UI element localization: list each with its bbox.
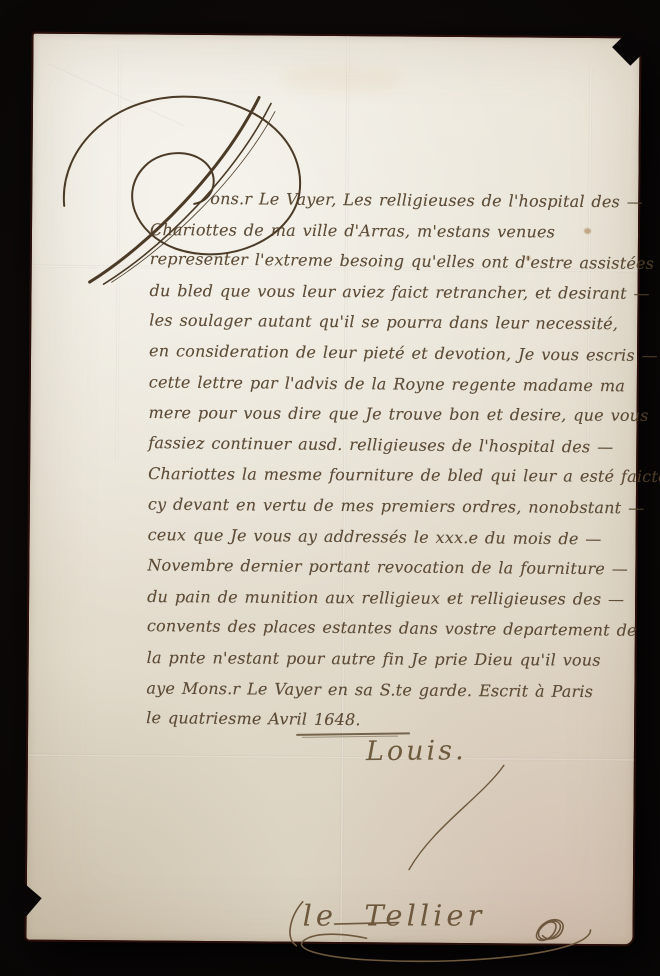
letter-line: mere pour vous dire que Je trouve bon et…	[148, 398, 634, 431]
letter-line: convents des places estantes dans vostre…	[147, 611, 633, 646]
secretary-signature-flourish	[238, 887, 619, 975]
photograph-background: ons.r Le Vayer, Les relligieuses de l'ho…	[0, 0, 660, 976]
letter-line: la pnte n'estant pour autre fin Je prie …	[147, 643, 633, 676]
cut-corner-top-right	[612, 29, 649, 66]
letter-line: Novembre dernier portant revocation de l…	[147, 551, 633, 585]
fold-crease-horizontal-lower	[28, 754, 634, 762]
letter-line: cette lettre par l'advis de la Royne reg…	[149, 367, 635, 401]
letter-line: ons.r Le Vayer, Les relligieuses de l'ho…	[210, 184, 636, 218]
letter-line: les soulager autant qu'il se pourra dans…	[149, 306, 635, 340]
letter-body: ons.r Le Vayer, Les relligieuses de l'ho…	[146, 184, 636, 738]
letter-line: Chariottes la mesme fourniture de bled q…	[148, 459, 634, 492]
letter-line: cy devant en vertu de mes premiers ordre…	[148, 489, 634, 523]
signature-paraph-stroke	[395, 755, 526, 881]
cut-corner-bottom-left	[8, 883, 42, 917]
letter-line: aye Mons.r Le Vayer en sa S.te garde. Es…	[146, 673, 632, 707]
manuscript-paper: ons.r Le Vayer, Les relligieuses de l'ho…	[26, 34, 639, 945]
letter-line: en consideration de leur pieté et devoti…	[149, 336, 635, 371]
letter-line: fassiez continuer ausd. relligieuses de …	[148, 428, 634, 463]
letter-line: representer l'extreme besoing qu'elles o…	[150, 244, 636, 279]
letter-line: Chariottes de ma ville d'Arras, m'estans…	[150, 215, 636, 248]
letter-line: du bled que vous leur aviez faict retran…	[149, 276, 635, 309]
letter-line: du pain de munition aux relligieux et re…	[147, 582, 633, 615]
letter-line: ceux que Je vous ay addressés le xxx.e d…	[147, 520, 633, 555]
